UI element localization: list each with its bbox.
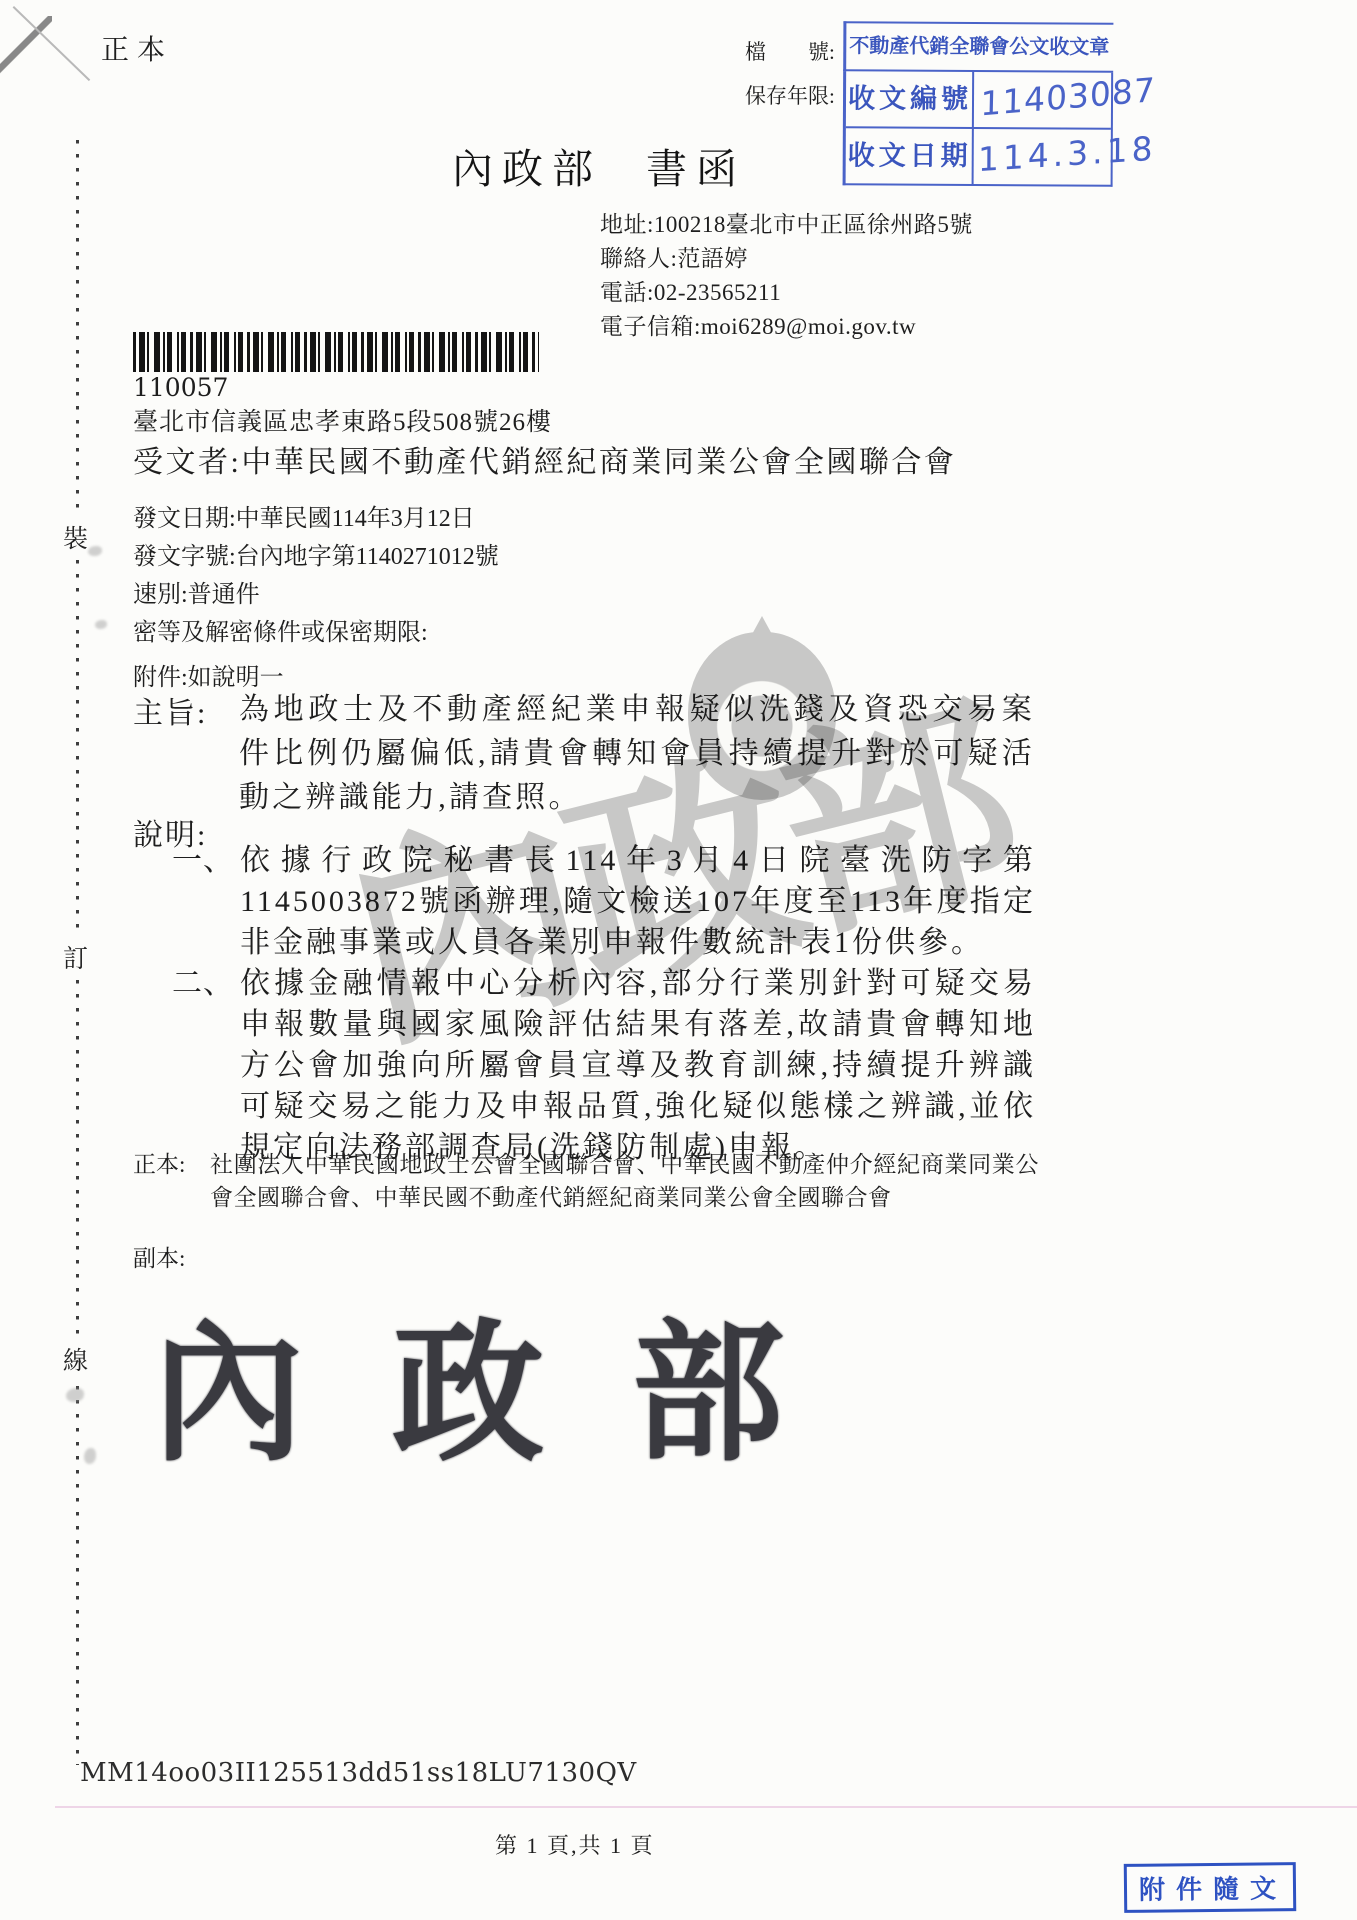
issue-date-line: 發文日期:中華民國114年3月12日	[133, 500, 499, 538]
subject-text: 為地政士及不動產經紀業申報疑似洗錢及資恐交易案件比例仍屬偏低,請貴會轉知會員持續…	[239, 688, 1035, 820]
document-title: 內政部書函	[452, 136, 746, 195]
item-number: 一、	[172, 840, 240, 963]
item-text: 依據金融情報中心分析內容,部分行業別針對可疑交易申報數量與國家風險評估結果有落差…	[240, 963, 1036, 1168]
receipt-stamp: 不動產代銷全聯會公文收文章 收文編號 11403087 收文日期 114.3.1…	[843, 21, 1114, 186]
attachment-follows-stamp: 附件隨文	[1124, 1862, 1297, 1913]
document-meta-block: 發文日期:中華民國114年3月12日 發文字號:台內地字第1140271012號…	[133, 500, 499, 697]
document-title-type: 書函	[646, 146, 746, 192]
receipt-number-handwritten: 11403087	[974, 65, 1156, 130]
description-item-1: 一、 依據行政院秘書長114年3月4日院臺洗防字第1145003872號函辦理,…	[172, 840, 1038, 963]
scan-corner-mark	[0, 16, 52, 74]
classification-line: 密等及解密條件或保密期限:	[133, 614, 499, 652]
sender-contact-block: 地址:100218臺北市中正區徐州路5號 聯絡人:范語婷 電話:02-23565…	[600, 208, 973, 344]
receipt-stamp-title: 不動產代銷全聯會公文收文章	[843, 21, 1113, 72]
barcode	[133, 332, 539, 372]
sender-phone: 電話:02-23565211	[600, 276, 973, 310]
recipient-street-address: 臺北市信義區忠孝東路5段508號26樓	[133, 402, 552, 438]
recipient-line: 受文者:中華民國不動產代銷經紀商業同業公會全國聯合會	[133, 437, 956, 481]
original-recipients-label: 正本:	[133, 1148, 210, 1214]
binding-mark-zhuang: 裝	[63, 514, 88, 560]
original-recipients-text: 社團法人中華民國地政士公會全國聯合會、中華民國不動產仲介經紀商業同業公會全國聯合…	[210, 1148, 1039, 1214]
binding-mark-xian: 線	[63, 1336, 88, 1382]
receipt-date-row: 收文日期 114.3.18	[846, 126, 1111, 184]
retention-period-label: 保存年限:	[745, 80, 835, 110]
footer-divider-line	[55, 1806, 1357, 1808]
scan-smudge	[95, 620, 107, 629]
sender-address: 地址:100218臺北市中正區徐州路5號	[600, 208, 973, 242]
sender-email: 電子信箱:moi6289@moi.gov.tw	[600, 310, 973, 344]
subject-section: 主旨: 為地政士及不動產經紀業申報疑似洗錢及資恐交易案件比例仍屬偏低,請貴會轉知…	[133, 688, 1038, 820]
item-text: 依據行政院秘書長114年3月4日院臺洗防字第1145003872號函辦理,隨文檢…	[240, 840, 1036, 963]
priority-line: 速別:普通件	[133, 576, 499, 614]
receipt-number-label: 收文編號	[846, 71, 974, 127]
agency-signature-stamp: 內政部	[152, 1272, 872, 1490]
item-number: 二、	[172, 963, 240, 1168]
copy-type-label: 正本	[101, 28, 173, 68]
description-item-2: 二、 依據金融情報中心分析內容,部分行業別針對可疑交易申報數量與國家風險評估結果…	[172, 963, 1038, 1168]
binding-mark-ding: 訂	[63, 934, 88, 980]
document-title-org: 內政部	[452, 146, 602, 192]
barcode-number: 110057	[133, 373, 228, 402]
scan-smudge	[84, 1448, 96, 1464]
receipt-number-row: 收文編號 11403087	[846, 71, 1111, 127]
copy-recipients-label: 副本:	[133, 1242, 210, 1275]
scan-smudge	[88, 546, 102, 556]
sender-contact-person: 聯絡人:范語婷	[600, 242, 973, 276]
description-items: 一、 依據行政院秘書長114年3月4日院臺洗防字第1145003872號函辦理,…	[172, 840, 1038, 1168]
page-number: 第 1 頁,共 1 頁	[495, 1829, 655, 1860]
receipt-date-handwritten: 114.3.18	[974, 123, 1157, 185]
receipt-date-label: 收文日期	[846, 128, 974, 184]
scanned-official-letter: 正本 檔 號: 保存年限: 不動產代銷全聯會公文收文章 收文編號 1140308…	[0, 0, 1357, 1920]
distribution-section: 正本: 社團法人中華民國地政士公會全國聯合會、中華民國不動產仲介經紀商業同業公會…	[133, 1148, 1039, 1275]
issue-number-line: 發文字號:台內地字第1140271012號	[133, 538, 499, 576]
footer-tracking-code: MM14oo03II125513dd51ss18LU7130QV	[80, 1758, 637, 1788]
scan-smudge	[66, 1388, 84, 1402]
file-number-label: 檔 號:	[745, 36, 835, 66]
subject-label: 主旨:	[133, 688, 239, 820]
